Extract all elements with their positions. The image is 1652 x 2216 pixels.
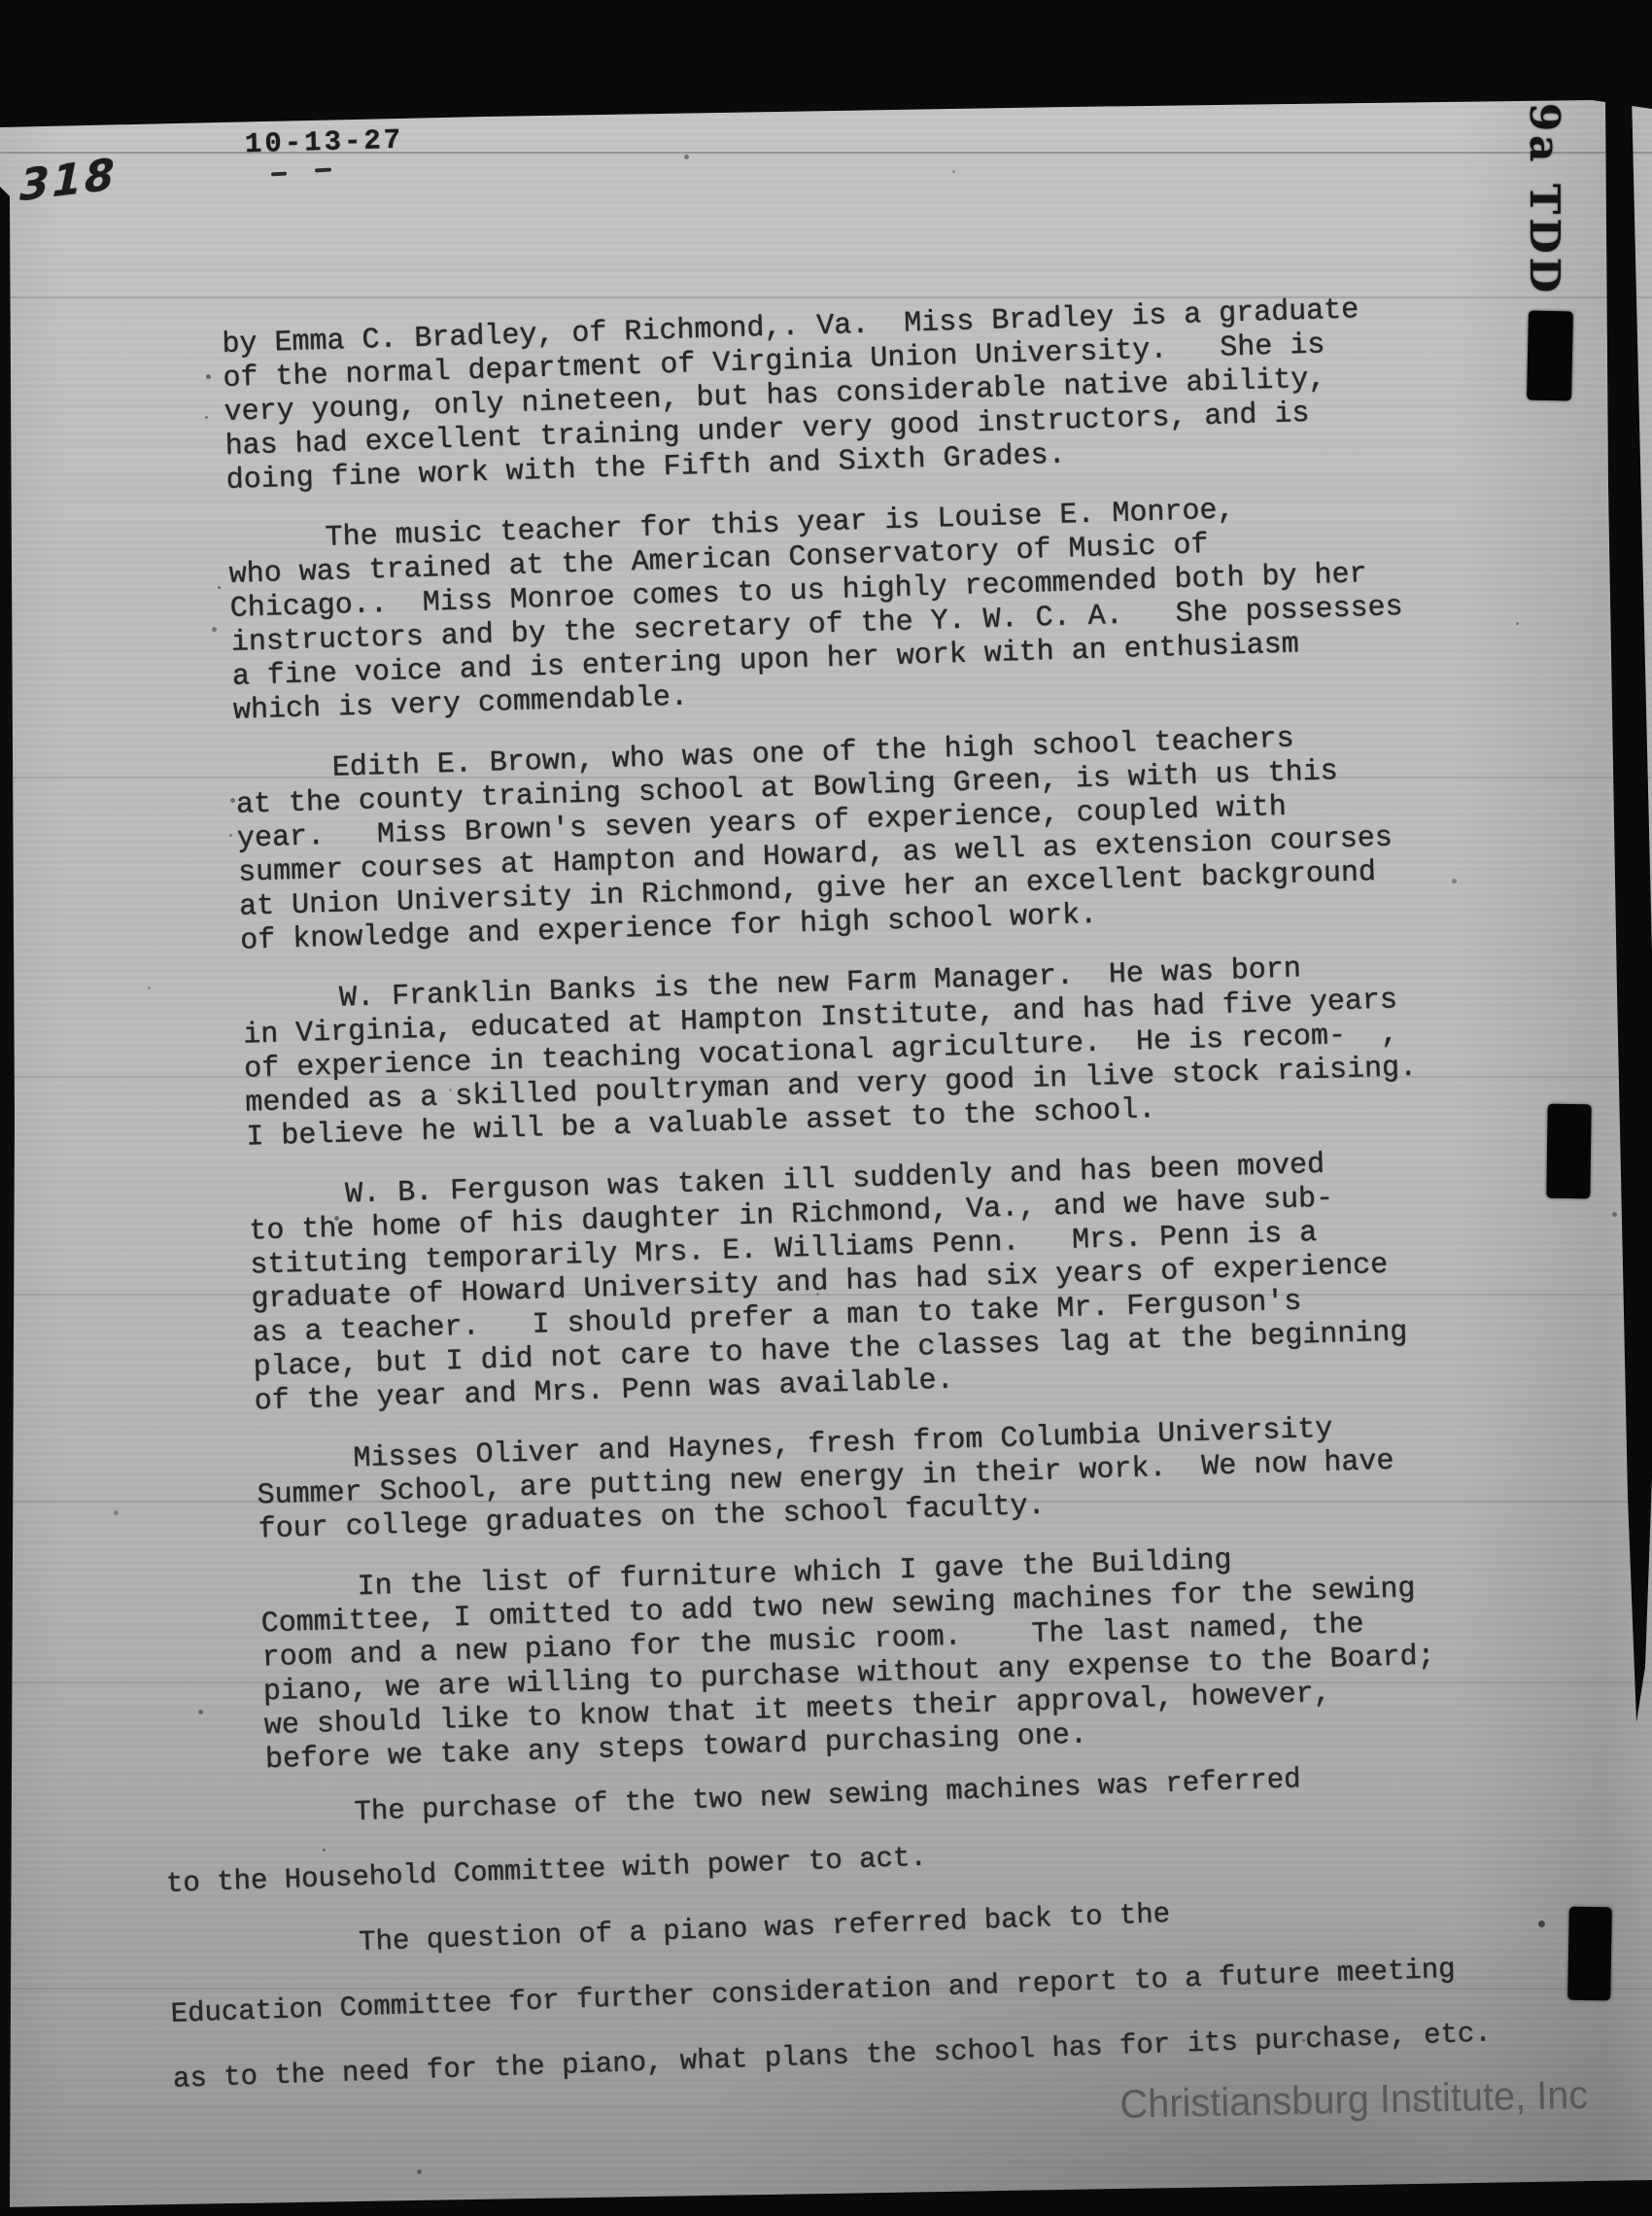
scan-border-right xyxy=(1605,93,1652,1722)
scan-borders xyxy=(0,0,1652,2216)
scanned-document-page: { "page": { "handwritten_number": "318",… xyxy=(0,0,1652,2216)
scan-border-bottom xyxy=(0,2180,1652,2216)
scan-border-left xyxy=(0,187,15,2216)
scan-border-top xyxy=(0,0,1652,127)
